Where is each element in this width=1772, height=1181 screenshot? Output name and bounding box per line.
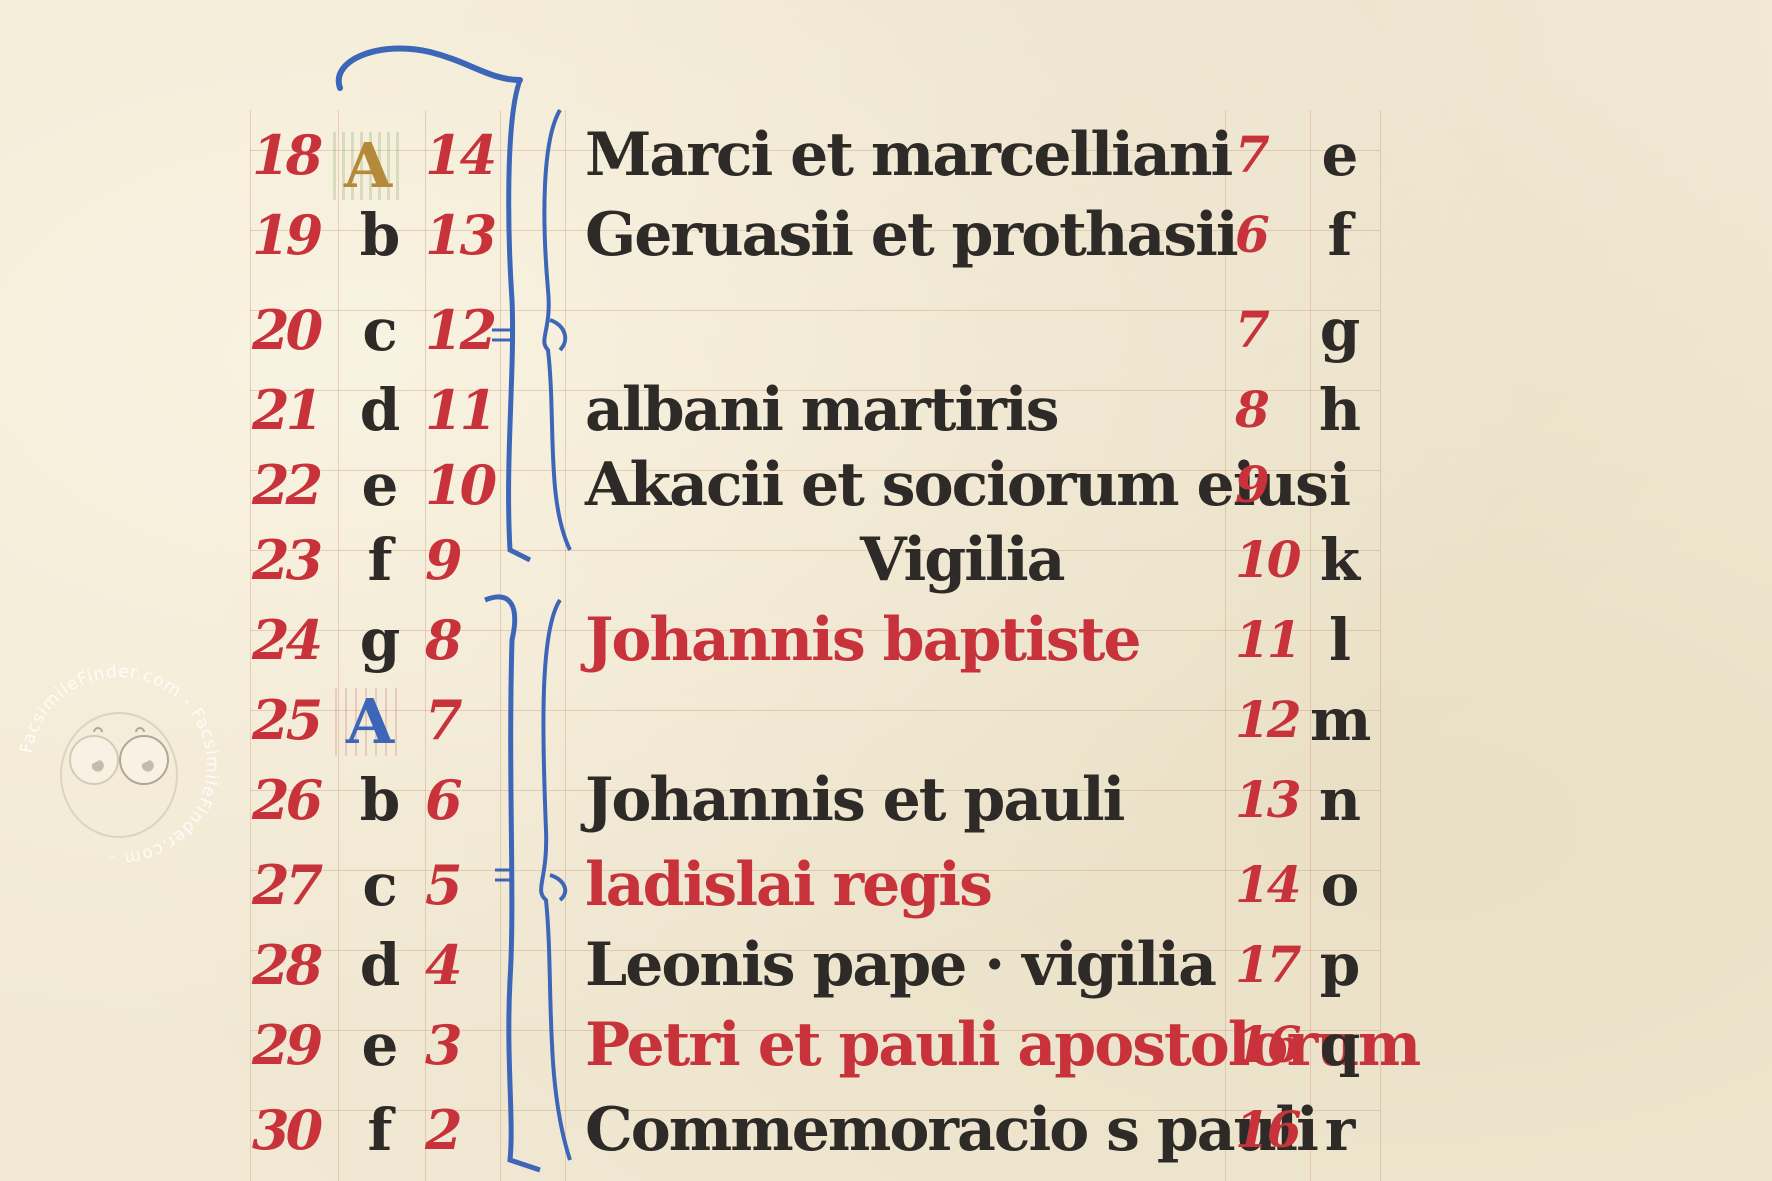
calendar-row: 18 14 Marci et marcelliani 7 e [0, 115, 1772, 195]
calendar-row: 28 d 4 Leonis pape · vigilia 17 p [0, 925, 1772, 1005]
cycle-number: 12 [1235, 680, 1305, 760]
calendar-row: 26 b 6 Johannis et pauli 13 n [0, 760, 1772, 840]
dominical-letter: c [350, 290, 410, 370]
day-number: 30 [252, 1090, 332, 1170]
kalends-number: 9 [425, 520, 495, 600]
owl-logo-icon: FacsimileFinder.com - FacsimileFinder.co… [14, 660, 224, 870]
calendar-row: 20 c 12 7 g [0, 290, 1772, 370]
calendar-row: 19 b 13 Geruasii et prothasii 6 f [0, 195, 1772, 275]
manuscript-page: A A 18 14 Marci et marcelliani 7 e 19 b … [0, 0, 1772, 1181]
kalends-number: 10 [425, 445, 495, 525]
calendar-row: 29 e 3 Petri et pauli apostolorum 16 q [0, 1005, 1772, 1085]
saint-entry: albani martiris [585, 370, 1057, 450]
cycle-number: 16 [1235, 1090, 1305, 1170]
dominical-letter: e [350, 445, 410, 525]
calendar-row: 24 g 8 Johannis baptiste 11 l [0, 600, 1772, 680]
cycle-number: 10 [1235, 520, 1305, 600]
kalends-number: 11 [425, 370, 495, 450]
saint-entry: Leonis pape · vigilia [585, 925, 1215, 1005]
saint-entry: ladislai regis [585, 845, 991, 925]
day-number: 29 [252, 1005, 332, 1085]
kalends-number: 5 [425, 845, 495, 925]
saint-entry: Geruasii et prothasii [585, 195, 1237, 275]
cycle-number: 9 [1235, 445, 1305, 525]
saint-entry: Johannis et pauli [585, 760, 1123, 840]
cycle-number: 11 [1235, 600, 1305, 680]
dominical-letter: d [350, 925, 410, 1005]
kalends-number: 2 [425, 1090, 495, 1170]
saint-entry: Johannis baptiste [585, 600, 1140, 680]
day-number: 22 [252, 445, 332, 525]
dominical-letter: d [350, 370, 410, 450]
dominical-letter: g [350, 600, 410, 680]
dominical-letter: e [350, 1005, 410, 1085]
kalends-number: 6 [425, 760, 495, 840]
calendar-row: 30 f 2 Commemoracio s pauli 16 r [0, 1090, 1772, 1170]
cycle-number: 6 [1235, 195, 1305, 275]
calendar-row: 22 e 10 Akacii et sociorum eius 9 i [0, 445, 1772, 525]
calendar-row: 23 f 9 Vigilia 10 k [0, 520, 1772, 600]
day-number: 23 [252, 520, 332, 600]
cycle-number: 17 [1235, 925, 1305, 1005]
kalends-number: 14 [425, 115, 495, 195]
golden-letter: p [1310, 925, 1370, 1005]
golden-letter: o [1310, 845, 1370, 925]
day-number: 27 [252, 845, 332, 925]
golden-letter: k [1310, 520, 1370, 600]
kalends-number: 3 [425, 1005, 495, 1085]
calendar-row: 25 7 12 m [0, 680, 1772, 760]
day-number: 20 [252, 290, 332, 370]
cycle-number: 7 [1235, 290, 1305, 370]
dominical-letter: b [350, 760, 410, 840]
kalends-number: 4 [425, 925, 495, 1005]
day-number: 24 [252, 600, 332, 680]
cycle-number: 14 [1235, 845, 1305, 925]
dominical-letter: c [350, 845, 410, 925]
saint-entry: Commemoracio s pauli [585, 1090, 1317, 1170]
kalends-number: 12 [425, 290, 495, 370]
calendar-row: 27 c 5 ladislai regis 14 o [0, 845, 1772, 925]
kalends-number: 13 [425, 195, 495, 275]
golden-letter: e [1310, 115, 1370, 195]
day-number: 25 [252, 680, 332, 760]
golden-letter: f [1310, 195, 1370, 275]
golden-letter: l [1310, 600, 1370, 680]
saint-entry: Akacii et sociorum eius [585, 445, 1327, 525]
cycle-number: 8 [1235, 370, 1305, 450]
kalends-number: 7 [425, 680, 495, 760]
cycle-number: 16 [1235, 1005, 1305, 1085]
day-number: 26 [252, 760, 332, 840]
saint-entry: Vigilia [860, 520, 1064, 600]
cycle-number: 13 [1235, 760, 1305, 840]
day-number: 19 [252, 195, 332, 275]
day-number: 21 [252, 370, 332, 450]
golden-letter: h [1310, 370, 1370, 450]
day-number: 28 [252, 925, 332, 1005]
calendar-row: 21 d 11 albani martiris 8 h [0, 370, 1772, 450]
dominical-letter: f [350, 520, 410, 600]
kalends-number: 8 [425, 600, 495, 680]
dominical-letter: f [350, 1090, 410, 1170]
day-number: 18 [252, 115, 332, 195]
golden-letter: q [1310, 1005, 1370, 1085]
golden-letter: i [1310, 445, 1370, 525]
dominical-letter: b [350, 195, 410, 275]
golden-letter: n [1310, 760, 1370, 840]
cycle-number: 7 [1235, 115, 1305, 195]
golden-letter: m [1310, 680, 1370, 760]
saint-entry: Marci et marcelliani [585, 115, 1231, 195]
golden-letter: r [1310, 1090, 1370, 1170]
golden-letter: g [1310, 290, 1370, 370]
